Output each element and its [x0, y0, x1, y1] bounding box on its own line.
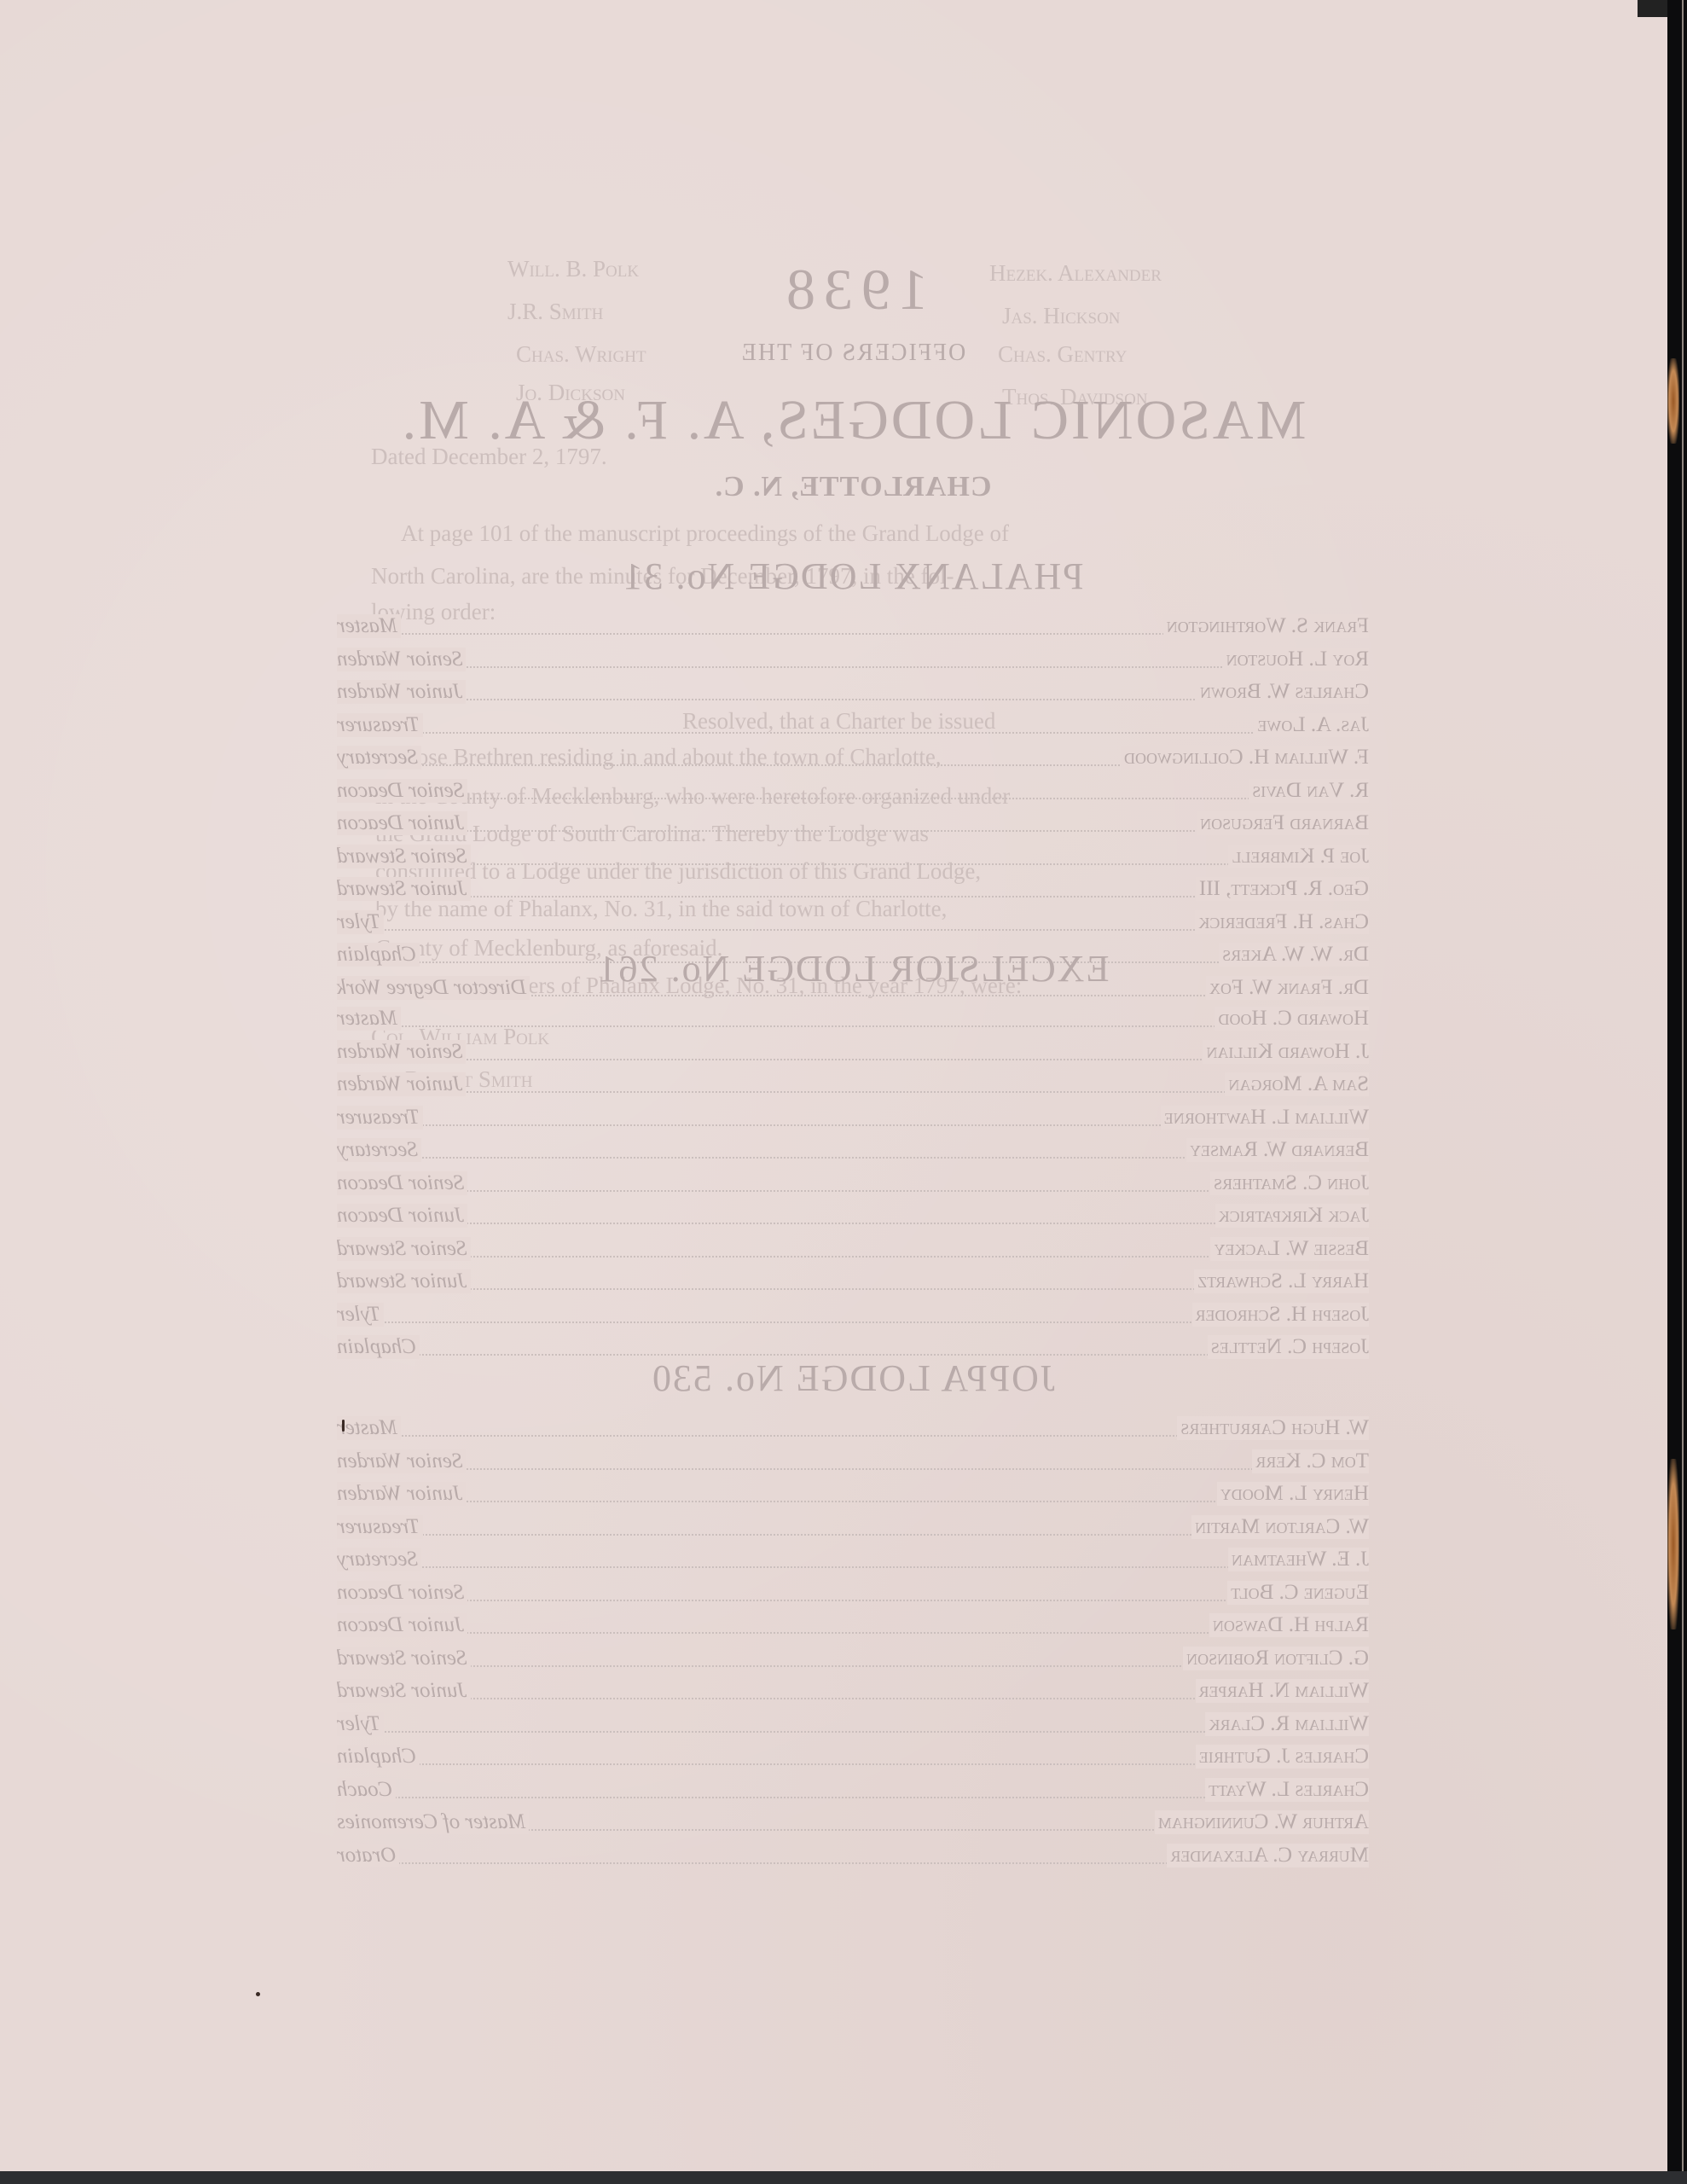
- officer-name: Chas. H. Frederick: [1195, 910, 1369, 934]
- officer-name: Eugene C. Bolt: [1227, 1581, 1369, 1605]
- officer-name: W. Hugh Carruthers: [1177, 1416, 1369, 1440]
- officer-title: Senior Warden: [337, 1040, 466, 1064]
- officer-name: W. Carlton Martin: [1191, 1515, 1369, 1539]
- officer-title: Senior Steward: [337, 1647, 471, 1670]
- officer-name: F. William H. Collingwood: [1121, 746, 1369, 770]
- officer-name: Arthur W. Cunningham: [1155, 1810, 1369, 1834]
- officer-row: Ralph H. DawsonJunior Deacon: [337, 1613, 1369, 1642]
- leader-dots: [337, 1501, 1369, 1502]
- officer-title: Tyler: [337, 910, 384, 934]
- leader-dots: [337, 666, 1369, 668]
- officer-name: Barnard Ferguson: [1197, 811, 1369, 835]
- officer-title: Treasurer: [337, 1106, 423, 1130]
- officer-row: J. E. WheatmanSecretary: [337, 1548, 1369, 1577]
- officer-row: W. Hugh CarruthersMaster: [337, 1416, 1369, 1445]
- officer-name: Charles J. Guthrie: [1196, 1745, 1369, 1769]
- officer-row: Jas. A. LoweTreasurer: [337, 713, 1369, 742]
- officer-name: John C. Smathers: [1210, 1171, 1369, 1195]
- officer-name: J. Howard Killian: [1203, 1040, 1369, 1064]
- officers-of-the: OFFICERS OF THE: [337, 340, 1369, 367]
- leader-dots: [337, 1091, 1369, 1093]
- officer-row: G. Clifton RobinsonSenior Steward: [337, 1647, 1369, 1676]
- officer-row: R. Van DavisSenior Deacon: [337, 779, 1369, 808]
- leader-dots: [337, 863, 1369, 865]
- officer-title: Master: [337, 1007, 401, 1031]
- officer-title: Master: [337, 614, 401, 638]
- officer-row: Geo. R. Pickett, IIIJunior Steward: [337, 877, 1369, 906]
- officer-name: Roy L. Houston: [1223, 648, 1369, 671]
- officer-title: Treasurer: [337, 1515, 423, 1539]
- leader-dots: [337, 1600, 1369, 1601]
- officer-row: William N. HarperJunior Steward: [337, 1679, 1369, 1708]
- officer-name: Ralph H. Dawson: [1209, 1613, 1369, 1637]
- officer-row: Barnard FergusonJunior Deacon: [337, 811, 1369, 840]
- officer-row: Joe P. KimbrellSenior Steward: [337, 845, 1369, 874]
- officer-name: William R. Clark: [1205, 1712, 1369, 1736]
- officer-name: G. Clifton Robinson: [1183, 1647, 1369, 1670]
- officer-title: Treasurer: [337, 713, 423, 737]
- leader-dots: [337, 1566, 1369, 1568]
- officer-name: Henry L. Moody: [1217, 1482, 1369, 1506]
- officer-row: Charles W. BrownJunior Warden: [337, 680, 1369, 709]
- officer-row: Sam A. MorganJunior Warden: [337, 1072, 1369, 1101]
- officer-title: Coach: [337, 1778, 396, 1802]
- officer-name: Sam A. Morgan: [1225, 1072, 1369, 1096]
- officer-row: William L. HawthorneTreasurer: [337, 1106, 1369, 1135]
- officer-name: Joe P. Kimbrell: [1228, 845, 1369, 868]
- officer-title: Senior Steward: [337, 1237, 471, 1261]
- officer-title: Master: [337, 1416, 401, 1440]
- officer-row: F. William H. CollingwoodSecretary: [337, 746, 1369, 775]
- binding-rust-mark: [1667, 1459, 1679, 1629]
- officer-name: Joseph C. Nettles: [1208, 1335, 1369, 1359]
- officer-row: Bernard W. RamseySecretary: [337, 1138, 1369, 1167]
- officer-row: Howard C. HoodMaster: [337, 1007, 1369, 1036]
- officer-name: Joseph H. Schroder: [1192, 1303, 1369, 1327]
- year: 1938: [337, 256, 1369, 323]
- leader-dots: [337, 798, 1369, 799]
- officer-title: Senior Warden: [337, 1449, 466, 1473]
- officer-row: Jack KirkpatrickJunior Deacon: [337, 1204, 1369, 1233]
- officer-name: Frank S. Worthington: [1163, 614, 1369, 638]
- officer-name: William N. Harper: [1196, 1679, 1369, 1703]
- officer-title: Junior Steward: [337, 1269, 471, 1293]
- officer-title: Senior Warden: [337, 648, 466, 671]
- officer-title: Junior Steward: [337, 877, 471, 901]
- officer-row: Murray C. AlexanderOrator: [337, 1844, 1369, 1873]
- officer-title: Secretary: [337, 746, 421, 770]
- scan-border-right: [1667, 0, 1687, 2184]
- officer-row: Chas. H. FrederickTyler: [337, 910, 1369, 939]
- officer-name: Charles W. Brown: [1197, 680, 1369, 704]
- binding-edge: [1682, 0, 1684, 2184]
- officer-row: Tom C. KerrSenior Warden: [337, 1449, 1369, 1478]
- officer-row: Bessie W. LackeySenior Steward: [337, 1237, 1369, 1266]
- city: CHARLOTTE, N. C.: [337, 471, 1369, 503]
- officer-name: Howard C. Hood: [1215, 1007, 1369, 1031]
- lodge-heading: PHALANX LODGE No. 31: [337, 555, 1369, 598]
- officer-title: Junior Deacon: [337, 1204, 467, 1228]
- officer-title: Senior Deacon: [337, 1581, 467, 1605]
- officer-row: Harry L. SchwartzJunior Steward: [337, 1269, 1369, 1298]
- officer-name: Geo. R. Pickett, III: [1196, 877, 1369, 901]
- officer-row: William R. ClarkTyler: [337, 1712, 1369, 1741]
- scanned-page: Will. B. Polk J.R. Smith Chas. Wright Jo…: [0, 0, 1667, 2171]
- officer-title: Tyler: [337, 1303, 384, 1327]
- officer-name: Harry L. Schwartz: [1194, 1269, 1369, 1293]
- officer-row: Eugene C. BoltSenior Deacon: [337, 1581, 1369, 1610]
- officer-title: Junior Warden: [337, 1072, 466, 1096]
- officer-row: W. Carlton MartinTreasurer: [337, 1515, 1369, 1544]
- officer-name: Jack Kirkpatrick: [1215, 1204, 1369, 1228]
- officer-row: Charles L. WyattCoach: [337, 1778, 1369, 1807]
- officer-title: Senior Steward: [337, 845, 471, 868]
- officer-title: Junior Deacon: [337, 811, 467, 835]
- officer-name: Murray C. Alexander: [1167, 1844, 1369, 1867]
- officer-row: Charles J. GuthrieChaplain: [337, 1745, 1369, 1774]
- lodge-heading: EXCELSIOR LODGE No. 261: [337, 947, 1369, 990]
- officer-row: Arthur W. CunninghamMaster of Ceremonies: [337, 1810, 1369, 1839]
- officer-name: William L. Hawthorne: [1161, 1106, 1369, 1130]
- officer-name: Bernard W. Ramsey: [1186, 1138, 1369, 1162]
- document-title: MASONIC LODGES, A. F. & A. M.: [337, 388, 1369, 453]
- officer-row: Roy L. HoustonSenior Warden: [337, 648, 1369, 677]
- speck: [256, 1992, 260, 1996]
- officer-row: John C. SmathersSenior Deacon: [337, 1171, 1369, 1200]
- leader-dots: [337, 1223, 1369, 1224]
- lodge-heading: JOPPA LODGE No. 530: [337, 1356, 1369, 1400]
- officer-name: J. E. Wheatman: [1228, 1548, 1369, 1571]
- mirrored-show-through: 1938 OFFICERS OF THE MASONIC LODGES, A. …: [337, 239, 1369, 1689]
- officer-row: Joseph H. SchroderTyler: [337, 1303, 1369, 1332]
- officer-title: Junior Deacon: [337, 1613, 467, 1637]
- officer-row: Frank S. WorthingtonMaster: [337, 614, 1369, 643]
- officer-name: Tom C. Kerr: [1252, 1449, 1369, 1473]
- officer-title: Junior Warden: [337, 1482, 466, 1506]
- officer-row: J. Howard KillianSenior Warden: [337, 1040, 1369, 1069]
- officer-title: Orator: [337, 1844, 399, 1867]
- binding-rust-mark: [1667, 358, 1679, 444]
- officer-title: Senior Deacon: [337, 779, 467, 803]
- officer-row: Henry L. MoodyJunior Warden: [337, 1482, 1369, 1511]
- officer-title: Secretary: [337, 1548, 421, 1571]
- scan-border-bottom: [0, 2171, 1687, 2184]
- officer-name: R. Van Davis: [1249, 779, 1369, 803]
- speck: [342, 1420, 345, 1432]
- leader-dots: [337, 732, 1369, 734]
- officer-title: Tyler: [337, 1712, 384, 1736]
- officer-title: Chaplain: [337, 1335, 420, 1359]
- officer-title: Master of Ceremonies: [337, 1810, 529, 1834]
- officer-name: Bessie W. Lackey: [1210, 1237, 1369, 1261]
- officer-title: Secretary: [337, 1138, 421, 1162]
- officer-title: Junior Warden: [337, 680, 466, 704]
- officer-title: Chaplain: [337, 1745, 420, 1769]
- leader-dots: [337, 1468, 1369, 1470]
- officer-title: Junior Steward: [337, 1679, 471, 1703]
- officer-name: Charles L. Wyatt: [1205, 1778, 1369, 1802]
- officer-title: Senior Deacon: [337, 1171, 467, 1195]
- officer-name: Jas. A. Lowe: [1254, 713, 1369, 737]
